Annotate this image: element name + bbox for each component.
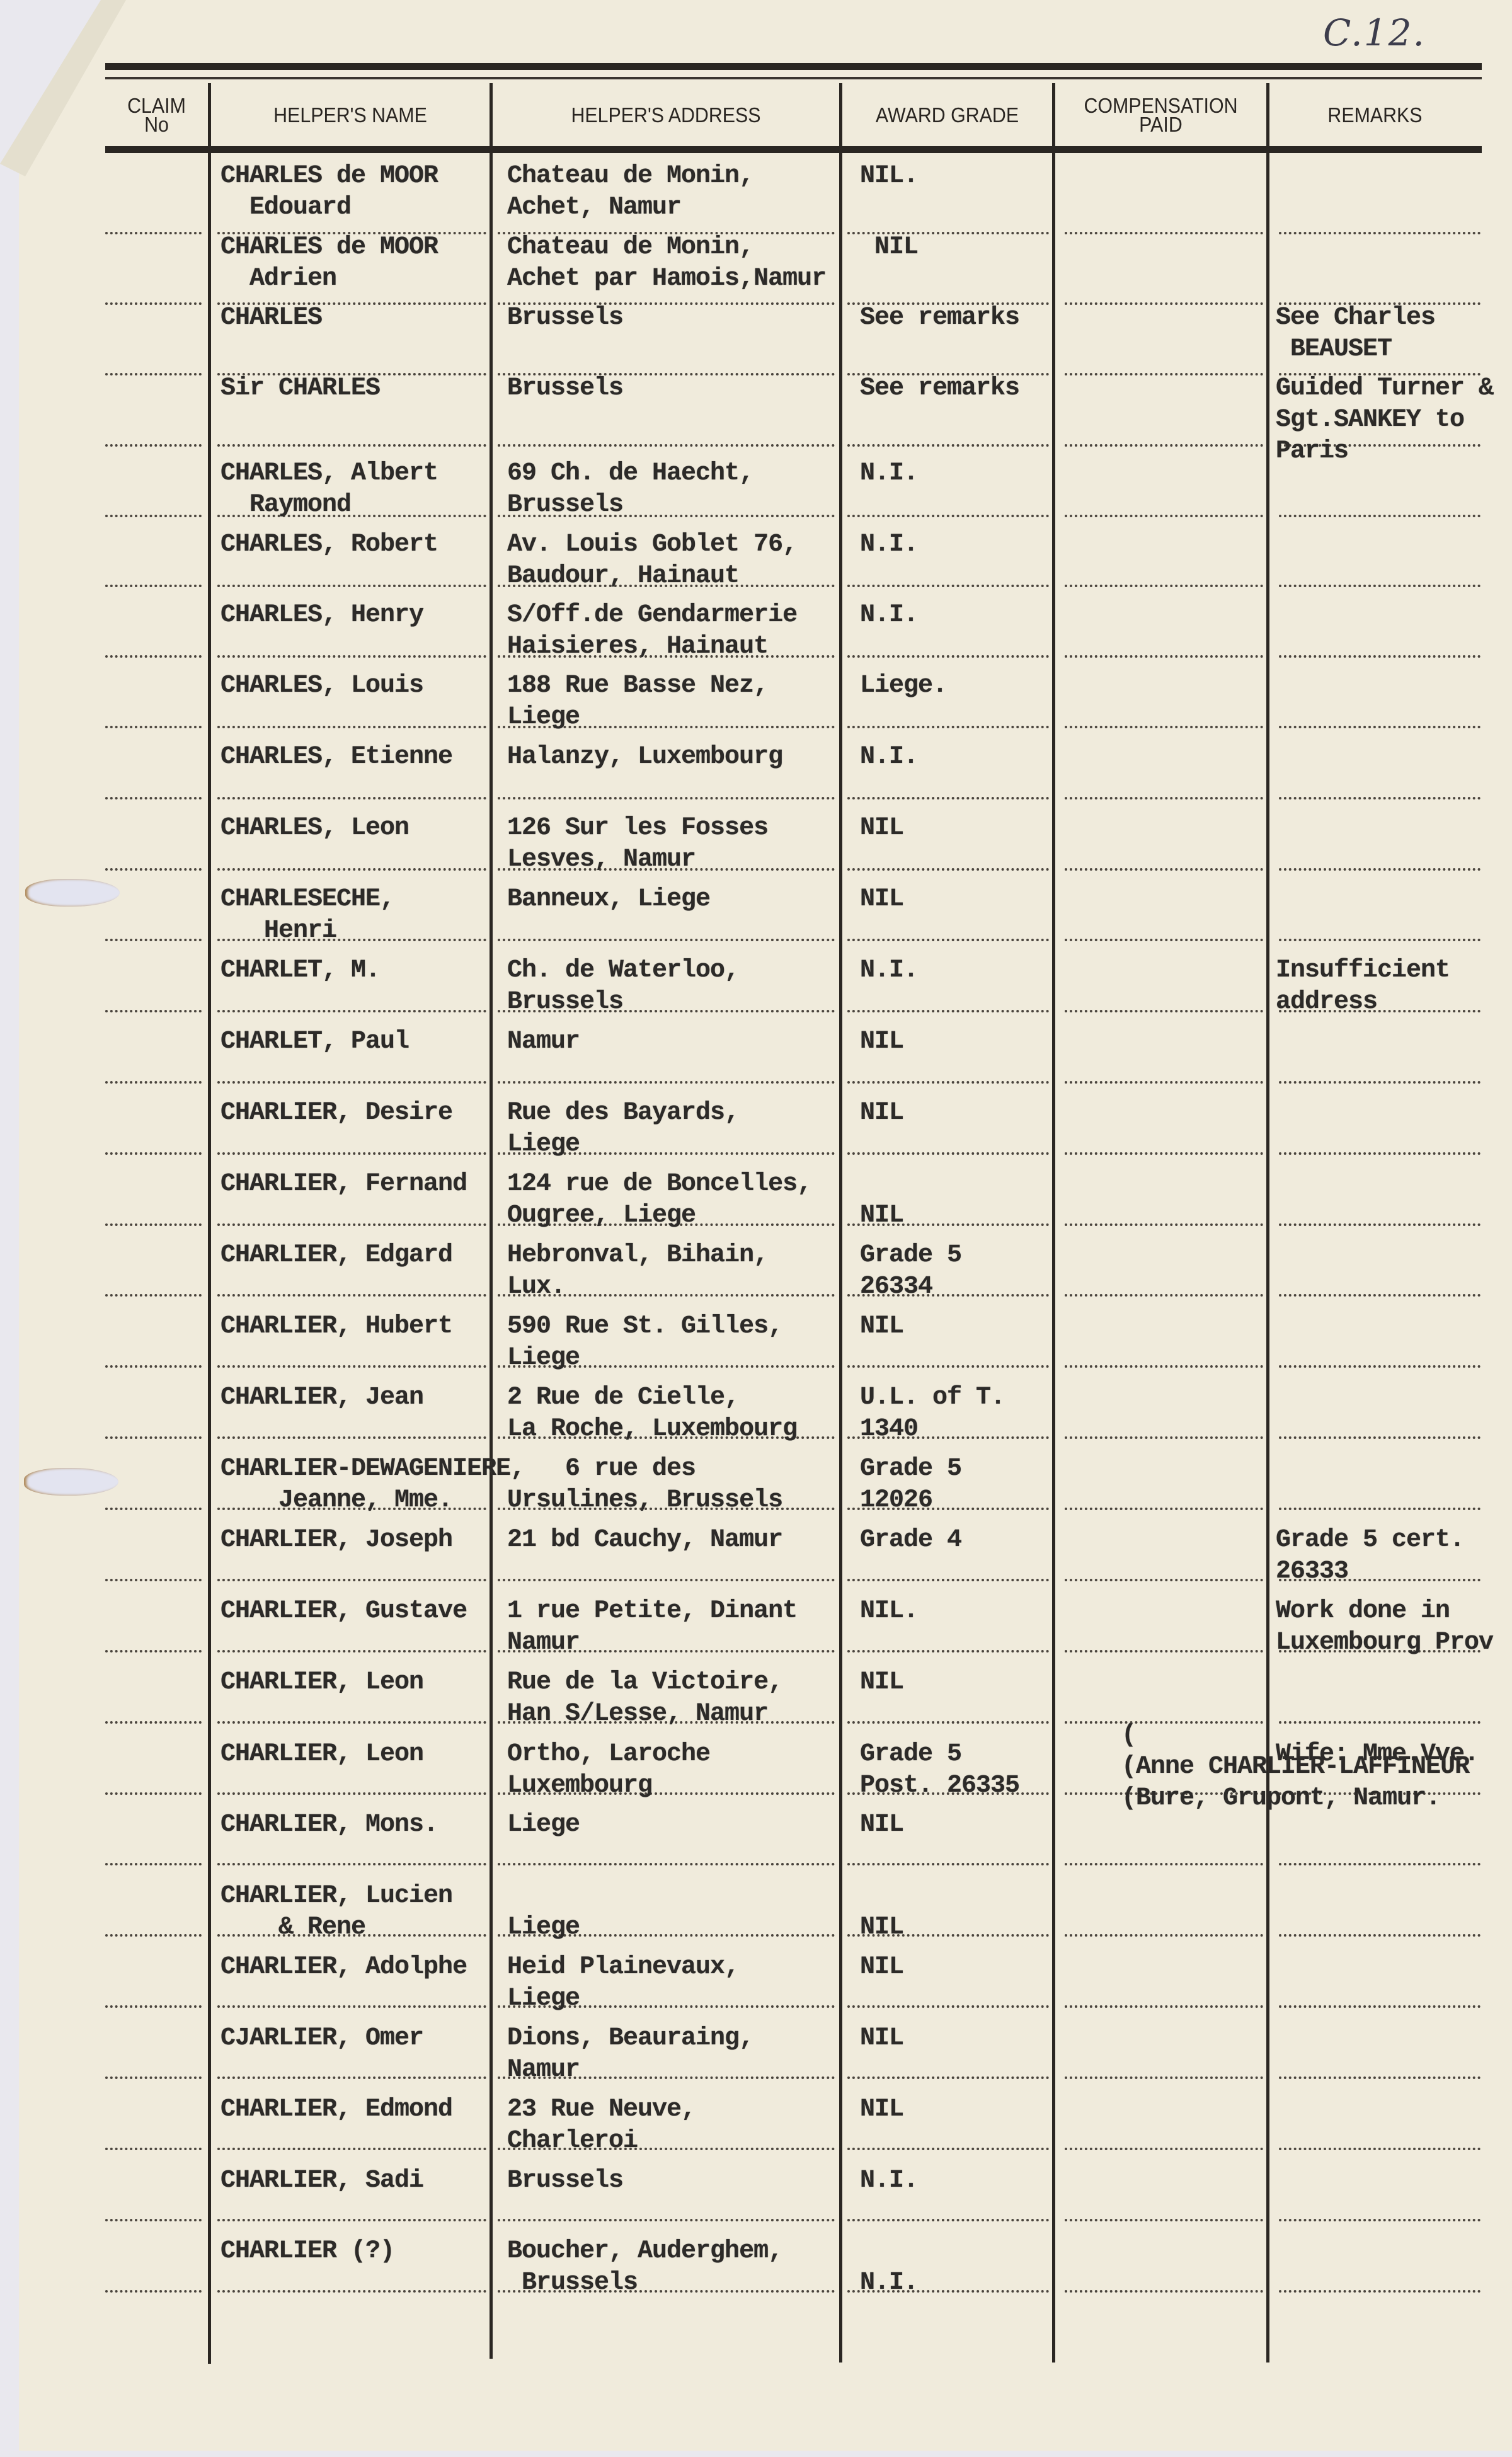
row-divider <box>1065 2219 1263 2221</box>
handwritten-page-mark: C.12. <box>1323 11 1426 54</box>
cell-address: 188 Rue Basse Nez, Liege <box>507 670 768 733</box>
row-divider <box>217 585 486 587</box>
row-divider <box>498 1863 835 1865</box>
cell-award: N.I. <box>860 955 918 987</box>
row-divider <box>847 726 1049 728</box>
cell-address: Brussels <box>507 2165 623 2197</box>
cell-award: U.L. of T. 1340 <box>860 1382 1005 1445</box>
row-divider <box>1279 1223 1480 1226</box>
row-divider <box>498 2219 835 2221</box>
cell-name: CHARLES, Robert <box>220 529 438 561</box>
column-divider <box>490 83 493 2359</box>
row-divider <box>1279 2219 1480 2221</box>
row-divider <box>847 1579 1049 1581</box>
row-divider <box>105 444 202 447</box>
row-divider <box>105 797 202 799</box>
row-divider <box>1065 2076 1263 2079</box>
row-divider <box>217 1294 486 1297</box>
row-divider <box>217 1579 486 1581</box>
cell-award: NIL <box>860 1097 903 1129</box>
punch-hole <box>25 879 120 907</box>
cell-award: N.I. <box>860 2165 918 2197</box>
cell-name: CHARLESECHE, Henri <box>220 884 394 947</box>
cell-address: 590 Rue St. Gilles, Liege <box>507 1311 782 1374</box>
row-divider <box>847 585 1049 587</box>
cell-name: CHARLES, Henry <box>220 600 423 631</box>
cell-address: Ortho, Laroche Luxembourg <box>507 1739 710 1802</box>
row-divider <box>847 1365 1049 1368</box>
cell-award: NIL <box>860 1169 903 1232</box>
row-divider <box>1279 1365 1480 1368</box>
row-divider <box>217 444 486 447</box>
row-divider <box>105 655 202 658</box>
row-divider <box>1279 515 1480 517</box>
row-divider <box>847 1010 1049 1012</box>
row-divider <box>1279 868 1480 871</box>
row-divider <box>498 444 835 447</box>
cell-name: CHARLIER-DEWAGENIERE, Jeanne, Mme. <box>220 1453 525 1516</box>
cell-address: 1 rue Petite, Dinant Namur <box>507 1596 797 1659</box>
row-divider <box>1279 2076 1480 2079</box>
row-divider <box>1065 2290 1263 2293</box>
row-divider <box>1065 2005 1263 2008</box>
cell-name: CHARLIER, Lucien & Rene <box>220 1881 452 1944</box>
row-divider <box>498 797 835 799</box>
row-divider <box>217 1223 486 1226</box>
row-divider <box>105 1792 202 1795</box>
cell-name: CHARLES de MOOR Adrien <box>220 232 438 295</box>
row-divider <box>1065 797 1263 799</box>
row-divider <box>217 1152 486 1155</box>
cell-award: Grade 5 12026 <box>860 1453 961 1516</box>
row-divider <box>1279 2290 1480 2293</box>
row-divider <box>847 2219 1049 2221</box>
cell-address: 6 rue des Ursulines, Brussels <box>507 1453 782 1516</box>
header-compensation-paid: COMPENSATION PAID <box>1063 82 1257 149</box>
cell-name: CHARLIER, Leon <box>220 1667 423 1698</box>
row-divider <box>105 1365 202 1368</box>
cell-address: 2 Rue de Cielle, La Roche, Luxembourg <box>507 1382 797 1445</box>
row-divider <box>105 232 202 234</box>
row-divider <box>105 515 202 517</box>
cell-address: 126 Sur les Fosses Lesves, Namur <box>507 813 768 876</box>
row-divider <box>105 868 202 871</box>
row-divider <box>105 1010 202 1012</box>
cell-remarks: Guided Turner & Sgt.SANKEY to Paris <box>1276 373 1493 467</box>
header-helpers-name: HELPER'S NAME <box>222 82 479 149</box>
cell-address: Halanzy, Luxembourg <box>507 742 782 773</box>
cell-award: N.I. <box>860 529 918 561</box>
row-divider <box>1065 1436 1263 1439</box>
row-divider <box>105 939 202 941</box>
row-divider <box>1065 726 1263 728</box>
cell-award: NIL <box>860 1311 903 1343</box>
row-divider <box>1279 1934 1480 1937</box>
cell-name: CHARLES de MOOR Edouard <box>220 161 438 224</box>
row-divider <box>1065 1579 1263 1581</box>
header-claim-no: CLAIM No <box>110 82 204 149</box>
row-divider <box>1065 515 1263 517</box>
cell-address: Hebronval, Bihain, Lux. <box>507 1240 768 1303</box>
row-divider <box>217 868 486 871</box>
cell-address: Brussels <box>507 302 623 334</box>
row-divider <box>217 1365 486 1368</box>
cell-name: CHARLES <box>220 302 322 334</box>
cell-address: Liege <box>507 1809 580 1841</box>
row-divider <box>847 1081 1049 1084</box>
row-divider <box>498 1081 835 1084</box>
cell-name: CHARLES, Albert Raymond <box>220 458 438 521</box>
row-divider <box>1065 655 1263 658</box>
row-divider <box>1279 1081 1480 1084</box>
row-divider <box>1279 797 1480 799</box>
row-divider <box>217 1436 486 1439</box>
row-divider <box>105 373 202 375</box>
row-divider <box>105 1863 202 1865</box>
row-divider <box>1065 302 1263 305</box>
row-divider <box>1065 1010 1263 1012</box>
row-divider <box>105 1508 202 1510</box>
cell-award: NIL <box>860 884 903 915</box>
cell-address: Chateau de Monin, Achet, Namur <box>507 161 753 224</box>
cell-address: Boucher, Auderghem, Brussels <box>507 2236 782 2299</box>
row-divider <box>217 1863 486 1865</box>
cell-name: CHARLES, Louis <box>220 670 423 702</box>
cell-remarks: Work done in Luxembourg Prov <box>1276 1596 1493 1659</box>
cell-name: CHARLIER, Desire <box>220 1097 452 1129</box>
cell-address: Av. Louis Goblet 76, Baudour, Hainaut <box>507 529 797 592</box>
row-divider <box>105 1650 202 1652</box>
cell-award: NIL <box>860 232 918 263</box>
row-divider <box>847 1650 1049 1652</box>
row-divider <box>217 2148 486 2150</box>
cell-name: CHARLIER, Jean <box>220 1382 423 1414</box>
cell-address: Brussels <box>507 373 623 404</box>
cell-name: CHARLET, M. <box>220 955 380 987</box>
row-divider <box>105 726 202 728</box>
row-divider <box>847 2076 1049 2079</box>
row-divider <box>105 1934 202 1937</box>
row-divider <box>498 939 835 941</box>
cell-address: Heid Plainevaux, Liege <box>507 1952 739 2015</box>
row-divider <box>105 2290 202 2293</box>
cell-award: NIL. <box>860 161 918 192</box>
cell-award: NIL <box>860 1881 903 1944</box>
row-divider <box>847 868 1049 871</box>
row-divider <box>1065 939 1263 941</box>
cell-name: CHARLIER, Sadi <box>220 2165 423 2197</box>
header-remarks: REMARKS <box>1278 82 1472 149</box>
cell-address: 23 Rue Neuve, Charleroi <box>507 2094 696 2157</box>
row-divider <box>1065 1365 1263 1368</box>
row-divider <box>105 1223 202 1226</box>
row-divider <box>847 1863 1049 1865</box>
header-helpers-address: HELPER'S ADDRESS <box>507 82 825 149</box>
cell-award: NIL <box>860 1809 903 1841</box>
cell-address: Namur <box>507 1026 580 1058</box>
cell-name: CHARLIER, Edmond <box>220 2094 452 2126</box>
cell-award: NIL <box>860 813 903 844</box>
row-divider <box>1065 1294 1263 1297</box>
cell-name: CHARLIER, Hubert <box>220 1311 452 1343</box>
cell-name: CHARLES, Etienne <box>220 742 452 773</box>
row-divider <box>1065 1508 1263 1510</box>
row-divider <box>1065 1081 1263 1084</box>
row-divider <box>1065 232 1263 234</box>
row-divider <box>105 302 202 305</box>
cell-address: Banneux, Liege <box>507 884 710 915</box>
row-divider <box>1065 585 1263 587</box>
cell-name: CHARLIER, Adolphe <box>220 1952 467 1983</box>
cell-address: Ch. de Waterloo, Brussels <box>507 955 739 1018</box>
cell-award: NIL <box>860 1026 903 1058</box>
cell-address: 21 bd Cauchy, Namur <box>507 1525 782 1556</box>
row-divider <box>1279 585 1480 587</box>
cell-address: Dions, Beauraing, Namur <box>507 2023 753 2086</box>
cell-name: CHARLIER, Edgard <box>220 1240 452 1271</box>
row-divider <box>105 1436 202 1439</box>
row-divider <box>217 2219 486 2221</box>
row-divider <box>217 726 486 728</box>
cell-name: CHARLIER (?) <box>220 2236 394 2267</box>
cell-award: Grade 5 Post. 26335 <box>860 1739 1019 1802</box>
cell-name: CHARLES, Leon <box>220 813 409 844</box>
row-divider <box>105 585 202 587</box>
row-divider <box>217 1081 486 1084</box>
row-divider <box>105 1579 202 1581</box>
cell-address: Liege <box>507 1881 580 1944</box>
header-award-grade: AWARD GRADE <box>850 82 1043 149</box>
row-divider <box>105 2076 202 2079</box>
row-divider <box>498 1579 835 1581</box>
row-divider <box>1279 655 1480 658</box>
row-divider <box>217 797 486 799</box>
row-divider <box>1065 1863 1263 1865</box>
cell-name: CJARLIER, Omer <box>220 2023 423 2054</box>
top-rule-thin <box>105 77 1482 79</box>
row-divider <box>217 1650 486 1652</box>
row-divider <box>217 2290 486 2293</box>
column-divider <box>208 83 211 2364</box>
row-divider <box>847 655 1049 658</box>
row-divider <box>1065 444 1263 447</box>
row-divider <box>1065 1650 1263 1652</box>
row-divider <box>1279 2148 1480 2150</box>
cell-award: Liege. <box>860 670 947 702</box>
cell-award: N.I. <box>860 458 918 490</box>
cell-remarks: Wife: Mme.Vve. <box>1276 1739 1479 1770</box>
row-divider <box>847 515 1049 517</box>
row-divider <box>1065 1934 1263 1937</box>
row-divider <box>1065 868 1263 871</box>
cell-address: 124 rue de Boncelles, Ougree, Liege <box>507 1169 811 1232</box>
row-divider <box>1279 1152 1480 1155</box>
row-divider <box>105 2148 202 2150</box>
cell-address: Rue de la Victoire, Han S/Lesse, Namur <box>507 1667 782 1730</box>
cell-name: CHARLIER, Fernand <box>220 1169 467 1200</box>
cell-address: Chateau de Monin, Achet par Hamois,Namur <box>507 232 826 295</box>
column-divider <box>1266 83 1269 2362</box>
cell-name: CHARLIER, Mons. <box>220 1809 438 1841</box>
row-divider <box>847 2148 1049 2150</box>
cell-name: CHARLIER, Joseph <box>220 1525 452 1556</box>
cell-name: Sir CHARLES <box>220 373 380 404</box>
row-divider <box>847 444 1049 447</box>
cell-award: See remarks <box>860 302 1019 334</box>
cell-award: NIL <box>860 2023 903 2054</box>
row-divider <box>1279 1294 1480 1297</box>
cell-award: Grade 4 <box>860 1525 961 1556</box>
row-divider <box>1279 1508 1480 1510</box>
cell-award: N.I. <box>860 2236 918 2299</box>
row-divider <box>217 1721 486 1724</box>
cell-remarks: See Charles BEAUSET <box>1276 302 1435 365</box>
row-divider <box>1279 939 1480 941</box>
cell-name: CHARLIER, Gustave <box>220 1596 467 1627</box>
row-divider <box>105 2219 202 2221</box>
cell-remarks: Insufficient address <box>1276 955 1450 1018</box>
row-divider <box>217 2076 486 2079</box>
cell-award: NIL <box>860 1952 903 1983</box>
cell-award: Grade 5 26334 <box>860 1240 961 1303</box>
row-divider <box>847 1721 1049 1724</box>
row-divider <box>1065 1223 1263 1226</box>
row-divider <box>1279 232 1480 234</box>
row-divider <box>105 2005 202 2008</box>
row-divider <box>847 1152 1049 1155</box>
cell-remarks: Grade 5 cert. 26333 <box>1276 1525 1464 1588</box>
cell-address: Rue des Bayards, Liege <box>507 1097 739 1160</box>
cell-award: NIL <box>860 2094 903 2126</box>
row-divider <box>217 1792 486 1795</box>
row-divider <box>847 797 1049 799</box>
row-divider <box>217 1010 486 1012</box>
column-divider <box>1052 83 1055 2362</box>
row-divider <box>1279 2005 1480 2008</box>
punch-hole <box>24 1468 118 1496</box>
row-divider <box>217 2005 486 2008</box>
row-divider <box>1279 1863 1480 1865</box>
cell-award: N.I. <box>860 600 918 631</box>
cell-name: CHARLET, Paul <box>220 1026 409 1058</box>
cell-address: 69 Ch. de Haecht, Brussels <box>507 458 753 521</box>
row-divider <box>1065 2148 1263 2150</box>
cell-award: See remarks <box>860 373 1019 404</box>
row-divider <box>847 2005 1049 2008</box>
row-divider <box>105 1294 202 1297</box>
row-divider <box>847 939 1049 941</box>
cell-award: NIL. <box>860 1596 918 1627</box>
cell-award: NIL <box>860 1667 903 1698</box>
row-divider <box>1065 1152 1263 1155</box>
cell-address: S/Off.de Gendarmerie Haisieres, Hainaut <box>507 600 797 663</box>
row-divider <box>105 1721 202 1724</box>
column-divider <box>839 83 842 2362</box>
cell-name: CHARLIER, Leon <box>220 1739 423 1770</box>
row-divider <box>105 1081 202 1084</box>
top-rule <box>105 63 1482 70</box>
cell-award: N.I. <box>860 742 918 773</box>
row-divider <box>105 1152 202 1155</box>
row-divider <box>217 655 486 658</box>
row-divider <box>1279 1436 1480 1439</box>
row-divider <box>1279 726 1480 728</box>
row-divider <box>1065 373 1263 375</box>
